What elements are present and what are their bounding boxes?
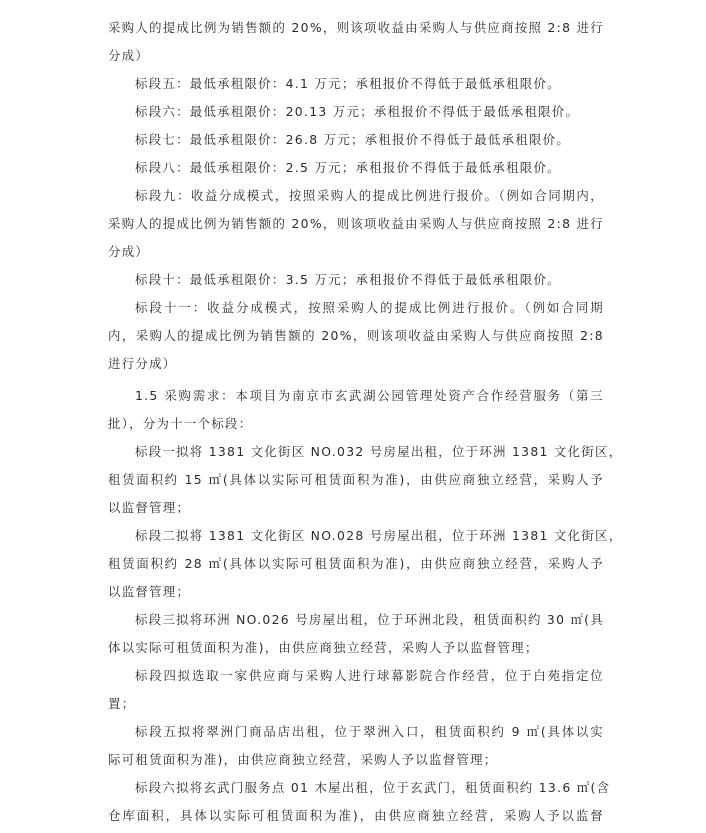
text-line: 标段二拟将 1381 文化街区 NO.028 号房屋出租，位于环洲 1381 文…: [108, 522, 604, 550]
text-line: 进行分成）: [108, 350, 604, 378]
text-line: 内，采购人的提成比例为销售额的 20%，则该项收益由采购人与供应商按照 2:8: [108, 322, 604, 350]
text-line: 标段九：收益分成模式，按照采购人的提成比例进行报价。（例如合同期内，: [108, 182, 604, 210]
text-line: 分成）: [108, 42, 604, 70]
text-line: 标段六拟将玄武门服务点 01 木屋出租，位于玄武门，租赁面积约 13.6 ㎡(含: [108, 774, 604, 802]
text-line: 采购人的提成比例为销售额的 20%，则该项收益由采购人与供应商按照 2:8 进行: [108, 210, 604, 238]
text-line: 以监督管理；: [108, 494, 604, 522]
text-line: 分成）: [108, 238, 604, 266]
text-line: 标段三拟将环洲 NO.026 号房屋出租，位于环洲北段，租赁面积约 30 ㎡(具: [108, 606, 604, 634]
text-line: 租赁面积约 28 ㎡(具体以实际可租赁面积为准)，由供应商独立经营，采购人予: [108, 550, 604, 578]
text-line: 标段七：最低承租限价：26.8 万元；承租报价不得低于最低承租限价。: [108, 126, 604, 154]
text-line: 标段五：最低承租限价：4.1 万元；承租报价不得低于最低承租限价。: [108, 70, 604, 98]
text-line: 标段十：最低承租限价：3.5 万元；承租报价不得低于最低承租限价。: [108, 266, 604, 294]
section-heading-line: 1.5 采购需求：本项目为南京市玄武湖公园管理处资产合作经营服务（第三: [108, 382, 604, 410]
text-line: 租赁面积约 15 ㎡(具体以实际可租赁面积为准)，由供应商独立经营，采购人予: [108, 466, 604, 494]
text-line: 标段十一：收益分成模式，按照采购人的提成比例进行报价。（例如合同期: [108, 294, 604, 322]
text-line: 批），分为十一个标段：: [108, 410, 604, 438]
text-line: 采购人的提成比例为销售额的 20%，则该项收益由采购人与供应商按照 2:8 进行: [108, 14, 604, 42]
text-line: 际可租赁面积为准)，由供应商独立经营，采购人予以监督管理；: [108, 746, 604, 774]
text-line: 标段五拟将翠洲门商品店出租，位于翠洲入口，租赁面积约 9 ㎡(具体以实: [108, 718, 604, 746]
text-line: 标段八：最低承租限价：2.5 万元；承租报价不得低于最低承租限价。: [108, 154, 604, 182]
text-line: 以监督管理；: [108, 578, 604, 606]
text-line: 标段六：最低承租限价：20.13 万元；承租报价不得低于最低承租限价。: [108, 98, 604, 126]
text-line: 标段一拟将 1381 文化街区 NO.032 号房屋出租，位于环洲 1381 文…: [108, 438, 604, 466]
text-line: 体以实际可租赁面积为准)，由供应商独立经营，采购人予以监督管理；: [108, 634, 604, 662]
document-page: 采购人的提成比例为销售额的 20%，则该项收益由采购人与供应商按照 2:8 进行…: [108, 14, 604, 830]
text-line: 置；: [108, 690, 604, 718]
text-line: 仓库面积，具体以实际可租赁面积为准)，由供应商独立经营，采购人予以监督: [108, 802, 604, 830]
text-line: 标段四拟选取一家供应商与采购人进行球幕影院合作经营，位于白苑指定位: [108, 662, 604, 690]
